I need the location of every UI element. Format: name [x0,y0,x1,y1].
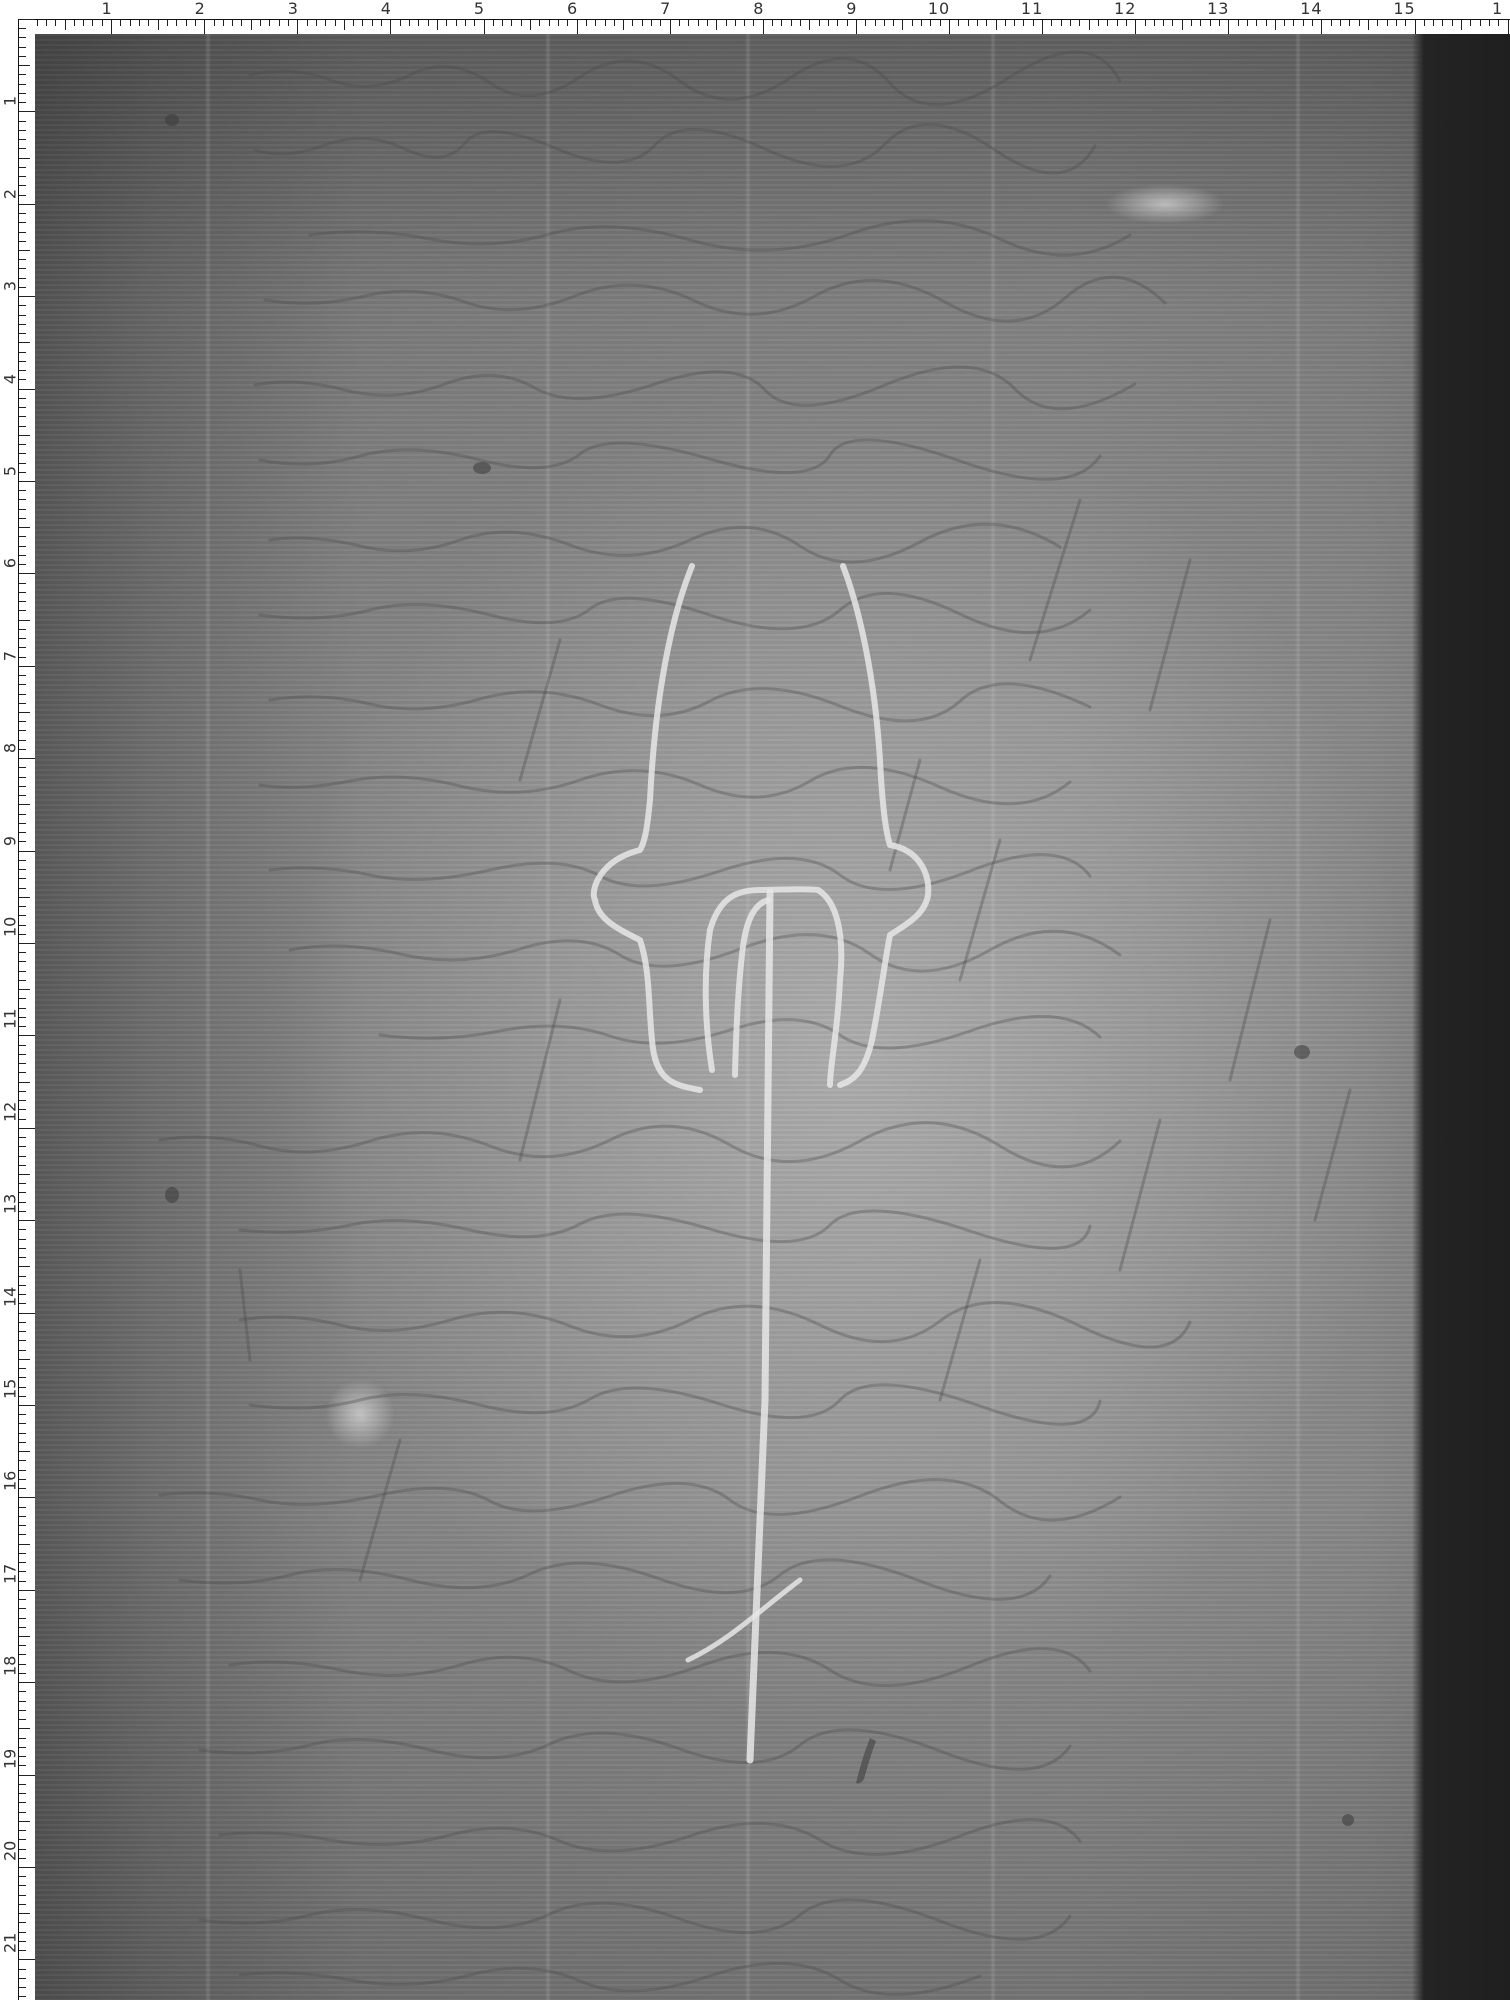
ruler-left-label: 11 [1,1009,20,1029]
ruler-mm-tick [19,1756,26,1757]
ruler-mm-tick [19,897,30,898]
ruler-mm-tick [46,20,47,26]
ruler-cm-tick [856,20,857,34]
ruler-mm-tick [19,1137,26,1138]
ruler-mm-tick [19,703,26,704]
ruler-cm-tick [949,20,950,34]
ruler-cm-tick [577,20,578,34]
ruler-mm-tick [19,185,26,186]
ruler-mm-tick [632,20,633,26]
ruler-mm-tick [19,1525,26,1526]
ruler-mm-tick [19,222,26,223]
background-shadow-edge [1412,34,1510,2000]
ruler-mm-tick [316,20,317,26]
ruler-mm-tick [1098,20,1099,26]
ruler-mm-tick [400,20,401,26]
ruler-mm-tick [19,675,26,676]
ruler-left-label: 15 [1,1379,20,1399]
ruler-mm-tick [214,20,215,26]
ruler-left-label: 16 [1,1471,20,1491]
ruler-mm-tick [809,20,810,30]
ruler-mm-tick [1200,20,1201,26]
ruler-mm-tick [19,472,26,473]
ruler-mm-tick [19,47,26,48]
ruler-mm-tick [83,20,84,26]
ruler-mm-tick [19,1618,26,1619]
ruler-mm-tick [19,832,26,833]
ruler-mm-tick [269,20,270,26]
ruler-mm-tick [19,37,26,38]
ruler-left-label: 18 [1,1656,20,1676]
ruler-mm-tick [19,268,26,269]
ruler-mm-tick [19,1544,30,1545]
ruler-mm-tick [19,989,30,990]
ruler-mm-tick [19,860,26,861]
ruler-mm-tick [19,1072,26,1073]
ruler-mm-tick [19,1451,30,1452]
ruler-mm-tick [567,20,568,26]
ruler-cm-tick [19,19,35,20]
ruler-mm-tick [19,1913,30,1914]
ruler-mm-tick [19,1239,26,1240]
ruler-mm-tick [1331,20,1332,26]
ruler-mm-tick [614,20,615,26]
ruler-mm-tick [19,1229,26,1230]
ruler-mm-tick [930,20,931,26]
ruler-mm-tick [19,1340,26,1341]
ruler-mm-tick [19,1793,26,1794]
ruler-mm-tick [19,1941,26,1942]
ruler-mm-tick [819,20,820,26]
ruler-mm-tick [19,1719,26,1720]
ruler-mm-tick [19,1738,26,1739]
ruler-mm-tick [19,1433,26,1434]
ruler-left-label: 12 [1,1102,20,1122]
ruler-mm-tick [19,1507,26,1508]
ruler-mm-tick [744,20,745,26]
ruler-mm-tick [19,259,26,260]
ruler-mm-tick [241,20,242,26]
ruler-mm-tick [19,536,26,537]
ruler-cm-tick [19,1035,35,1036]
ruler-left-label: 1 [1,91,20,111]
ruler-mm-tick [19,1396,26,1397]
ruler-mm-tick [353,20,354,26]
ruler-mm-tick [1442,20,1443,26]
ruler-mm-tick [19,435,30,436]
ruler-mm-tick [828,20,829,26]
ruler-mm-tick [19,1460,26,1461]
ruler-mm-tick [19,1534,26,1535]
ruler-mm-tick [19,1895,26,1896]
ruler-mm-tick [19,1701,26,1702]
ruler-left-label: 13 [1,1194,20,1214]
ruler-left-label: 17 [1,1564,20,1584]
ruler-mm-tick [19,888,26,889]
ruler-mm-tick [19,1266,30,1267]
ruler-mm-tick [307,20,308,26]
ruler-top-label: 9 [846,0,857,18]
ruler-top-label: 12 [1114,0,1136,18]
ruler-mm-tick [19,1922,26,1923]
ruler-mm-tick [19,426,26,427]
ruler-mm-tick [19,647,26,648]
ruler-mm-tick [1368,20,1369,30]
ruler-mm-tick [148,20,149,26]
ruler-mm-tick [456,20,457,26]
ruler-mm-tick [549,20,550,26]
ruler-mm-tick [19,28,26,29]
ruler-mm-tick [465,20,466,26]
ruler-mm-tick [19,1248,26,1249]
ruler-mm-tick [19,1987,26,1988]
ruler-mm-tick [102,20,103,26]
ruler-mm-tick [74,20,75,26]
ruler-mm-tick [19,1423,26,1424]
ruler-top-label: 8 [753,0,764,18]
ruler-cm-tick [19,296,35,297]
ruler-mm-tick [19,407,26,408]
ruler-cm-tick [19,204,35,205]
ruler-mm-tick [19,315,26,316]
ruler-mm-tick [65,20,66,30]
ruler-left-label: 19 [1,1749,20,1769]
ruler-mm-tick [1452,20,1453,26]
ruler-top-label: 14 [1300,0,1322,18]
ruler-mm-tick [1014,20,1015,26]
ruler-left-label: 3 [1,276,20,296]
ruler-mm-tick [19,1812,26,1813]
ruler-cm-tick [1042,20,1043,34]
ruler-mm-tick [1405,20,1406,26]
ruler-mm-tick [19,1876,26,1877]
ruler-mm-tick [19,1830,26,1831]
ruler-mm-tick [19,232,26,233]
ruler-mm-tick [19,1932,26,1933]
ruler-mm-tick [19,906,26,907]
ruler-mm-tick [19,1054,26,1055]
ruler-mm-tick [19,398,26,399]
ruler-mm-tick [19,93,26,94]
ruler-mm-tick [19,1183,26,1184]
ruler-mm-tick [493,20,494,26]
ruler-mm-tick [186,20,187,26]
ruler-mm-tick [893,20,894,26]
ruler-mm-tick [1312,20,1313,26]
ruler-cm-tick [1228,20,1229,34]
ruler-mm-tick [19,730,26,731]
ruler-top-label: 4 [381,0,392,18]
ruler-mm-tick [19,379,26,380]
ruler-mm-tick [511,20,512,26]
ruler-mm-tick [1461,20,1462,30]
ruler-mm-tick [1238,20,1239,26]
ruler-mm-tick [1377,20,1378,26]
ruler-mm-tick [19,786,26,787]
ruler-mm-tick [19,1645,26,1646]
ruler-mm-tick [19,1581,26,1582]
ruler-mm-tick [19,1100,26,1101]
ruler-mm-tick [19,1839,26,1840]
ruler-mm-tick [19,1109,26,1110]
ruler-mm-tick [726,20,727,26]
ruler-mm-tick [19,823,26,824]
ruler-cm-tick [390,20,391,34]
ruler-mm-tick [19,1562,26,1563]
ruler-mm-tick [1433,20,1434,26]
ruler-mm-tick [1145,20,1146,26]
ruler-mm-tick [1349,20,1350,26]
ruler-mm-tick [19,527,30,528]
ruler-mm-tick [19,416,26,417]
ruler-cm-tick [19,943,35,944]
ruler-mm-tick [19,1654,26,1655]
ruler-left-label: 10 [1,917,20,937]
ruler-mm-tick [986,20,987,26]
ruler-mm-tick [996,20,997,30]
ruler-mm-tick [1480,20,1481,26]
handwriting-and-watermark-layer [35,34,1510,2000]
ruler-top: 12345678910111213141510 [0,0,1510,34]
ruler-mm-tick [19,657,26,658]
ruler-cm-tick [19,1313,35,1314]
ruler-mm-tick [19,1285,26,1286]
ruler-mm-tick [19,1996,26,1997]
ruler-mm-tick [19,74,26,75]
ruler-mm-tick [19,1553,26,1554]
ruler-mm-tick [19,158,30,159]
ruler-mm-tick [19,1599,26,1600]
ruler-mm-tick [1387,20,1388,26]
ruler-mm-tick [19,453,26,454]
ruler-mm-tick [19,1950,26,1951]
ruler-mm-tick [1247,20,1248,26]
ruler-mm-tick [19,195,26,196]
ruler-mm-tick [1424,20,1425,26]
ruler-mm-tick [474,20,475,26]
ruler-mm-tick [167,20,168,26]
ruler-mm-tick [1070,20,1071,26]
ruler-mm-tick [19,878,26,879]
ruler-mm-tick [19,564,26,565]
ruler-mm-tick [19,795,26,796]
ruler-mm-tick [642,20,643,26]
ruler-left-label: 8 [1,738,20,758]
ruler-mm-tick [19,342,30,343]
ruler-mm-tick [372,20,373,26]
ruler-mm-tick [19,869,26,870]
ruler-mm-tick [1498,20,1499,26]
ruler-mm-tick [19,1479,26,1480]
ruler-mm-tick [19,1156,26,1157]
ruler-mm-tick [1396,20,1397,26]
ruler-mm-tick [19,721,26,722]
ruler-mm-tick [1117,20,1118,26]
ruler-mm-tick [940,20,941,26]
ruler-mm-tick [19,952,26,953]
ruler-left-label: 20 [1,1841,20,1861]
ruler-mm-tick [791,20,792,26]
ruler-mm-tick [19,305,26,306]
ruler-mm-tick [19,1858,26,1859]
ruler-top-label: 7 [660,0,671,18]
ruler-mm-tick [875,20,876,26]
ruler-mm-tick [19,1008,26,1009]
ruler-cm-tick [19,1220,35,1221]
ruler-mm-tick [120,20,121,26]
ruler-mm-tick [19,463,26,464]
ruler-mm-tick [335,20,336,26]
ruler-mm-tick [130,20,131,26]
ruler-mm-tick [19,1608,26,1609]
manuscript-scan [35,34,1510,2000]
ruler-mm-tick [19,1322,26,1323]
ruler-mm-tick [19,638,26,639]
ruler-mm-tick [19,740,26,741]
ruler-mm-tick [19,998,26,999]
ruler-mm-tick [19,1664,26,1665]
ruler-cm-tick [19,1959,35,1960]
ruler-mm-tick [1284,20,1285,26]
ruler-mm-tick [19,65,30,66]
ruler-mm-tick [1061,20,1062,26]
ruler-mm-tick [1023,20,1024,26]
ruler-mm-tick [19,1017,26,1018]
ruler-mm-tick [735,20,736,26]
ruler-top-label: 2 [195,0,206,18]
ruler-mm-tick [19,583,26,584]
ruler-mm-tick [55,20,56,26]
ruler-mm-tick [1163,20,1164,26]
ruler-mm-tick [19,1636,30,1637]
ruler-mm-tick [19,1488,26,1489]
ruler-mm-tick [19,56,26,57]
ruler-mm-tick [1051,20,1052,26]
ruler-mm-tick [19,241,26,242]
ruler-mm-tick [19,961,26,962]
ruler-mm-tick [921,20,922,26]
ruler-mm-tick [19,1969,26,1970]
ruler-mm-tick [19,1350,26,1351]
ruler-mm-tick [19,278,26,279]
ruler-mm-tick [19,1627,26,1628]
ruler-left-label: 7 [1,646,20,666]
ruler-mm-tick [19,1119,26,1120]
ruler-mm-tick [19,1728,30,1729]
ruler-mm-tick [344,20,345,30]
ruler-mm-tick [19,629,26,630]
ruler-mm-tick [176,20,177,26]
ruler-top-label: 10 [928,0,950,18]
ruler-mm-tick [1470,20,1471,26]
ruler-mm-tick [716,20,717,30]
ruler-top-label: 13 [1207,0,1229,18]
ruler-mm-tick [530,20,531,30]
ruler-mm-tick [19,841,26,842]
ruler-cm-tick [19,1682,35,1683]
ruler-mm-tick [19,1710,26,1711]
ruler-mm-tick [688,20,689,26]
ruler-mm-tick [19,121,26,122]
ruler-mm-tick [698,20,699,26]
ruler-mm-tick [958,20,959,26]
ruler-mm-tick [19,915,26,916]
ruler-mm-tick [19,1063,26,1064]
ruler-mm-tick [19,352,26,353]
ruler-mm-tick [605,20,606,26]
ruler-cm-tick [1321,20,1322,34]
ruler-mm-tick [19,1303,26,1304]
ruler-mm-tick [884,20,885,26]
ruler-cm-tick [19,1405,35,1406]
ruler-mm-tick [19,620,30,621]
ruler-mm-tick [19,601,26,602]
ruler-mm-tick [19,1784,26,1785]
ruler-cm-tick [19,111,35,112]
ruler-mm-tick [1340,20,1341,26]
ruler-mm-tick [19,176,26,177]
ruler-mm-tick [19,213,26,214]
ruler-mm-tick [260,20,261,26]
ruler-mm-tick [19,509,26,510]
ruler-mm-tick [19,518,26,519]
ruler-mm-tick [19,1821,30,1822]
ruler-mm-tick [1154,20,1155,26]
ruler-mm-tick [679,20,680,26]
ruler-mm-tick [232,20,233,26]
ruler-mm-tick [409,20,410,26]
ruler-mm-tick [158,20,159,30]
ruler-mm-tick [19,749,26,750]
ruler-mm-tick [19,148,26,149]
ruler-mm-tick [19,1165,26,1166]
ruler-mm-tick [19,130,26,131]
ruler-cm-tick [19,389,35,390]
ruler-cm-tick [1135,20,1136,34]
ruler-cm-tick [19,666,35,667]
ruler-mm-tick [19,1276,26,1277]
ruler-mm-tick [19,324,26,325]
ruler-mm-tick [19,1146,26,1147]
ruler-mm-tick [19,333,26,334]
ruler-cm-tick [19,1590,35,1591]
ruler-mm-tick [651,20,652,26]
ruler-mm-tick [1219,20,1220,26]
ruler-mm-tick [19,1257,26,1258]
ruler-mm-tick [1359,20,1360,26]
ruler-mm-tick [19,712,30,713]
ruler-mm-tick [19,1082,30,1083]
ruler-mm-tick [19,1192,26,1193]
ruler-mm-tick [19,1673,26,1674]
ruler-mm-tick [1182,20,1183,30]
ruler-cm-tick [670,20,671,34]
ruler-mm-tick [19,490,26,491]
ruler-cm-tick [484,20,485,34]
watermark [594,566,928,1760]
ruler-mm-tick [1293,20,1294,26]
ruler-mm-tick [837,20,838,26]
ruler-mm-tick [1172,20,1173,26]
ruler-mm-tick [1275,20,1276,30]
ruler-mm-tick [92,20,93,26]
ruler-mm-tick [19,546,26,547]
ruler-mm-tick [1107,20,1108,26]
ruler-mm-tick [19,1904,26,1905]
ruler-mm-tick [19,1331,26,1332]
ruler-mm-tick [418,20,419,26]
ruler-mm-tick [19,1849,26,1850]
